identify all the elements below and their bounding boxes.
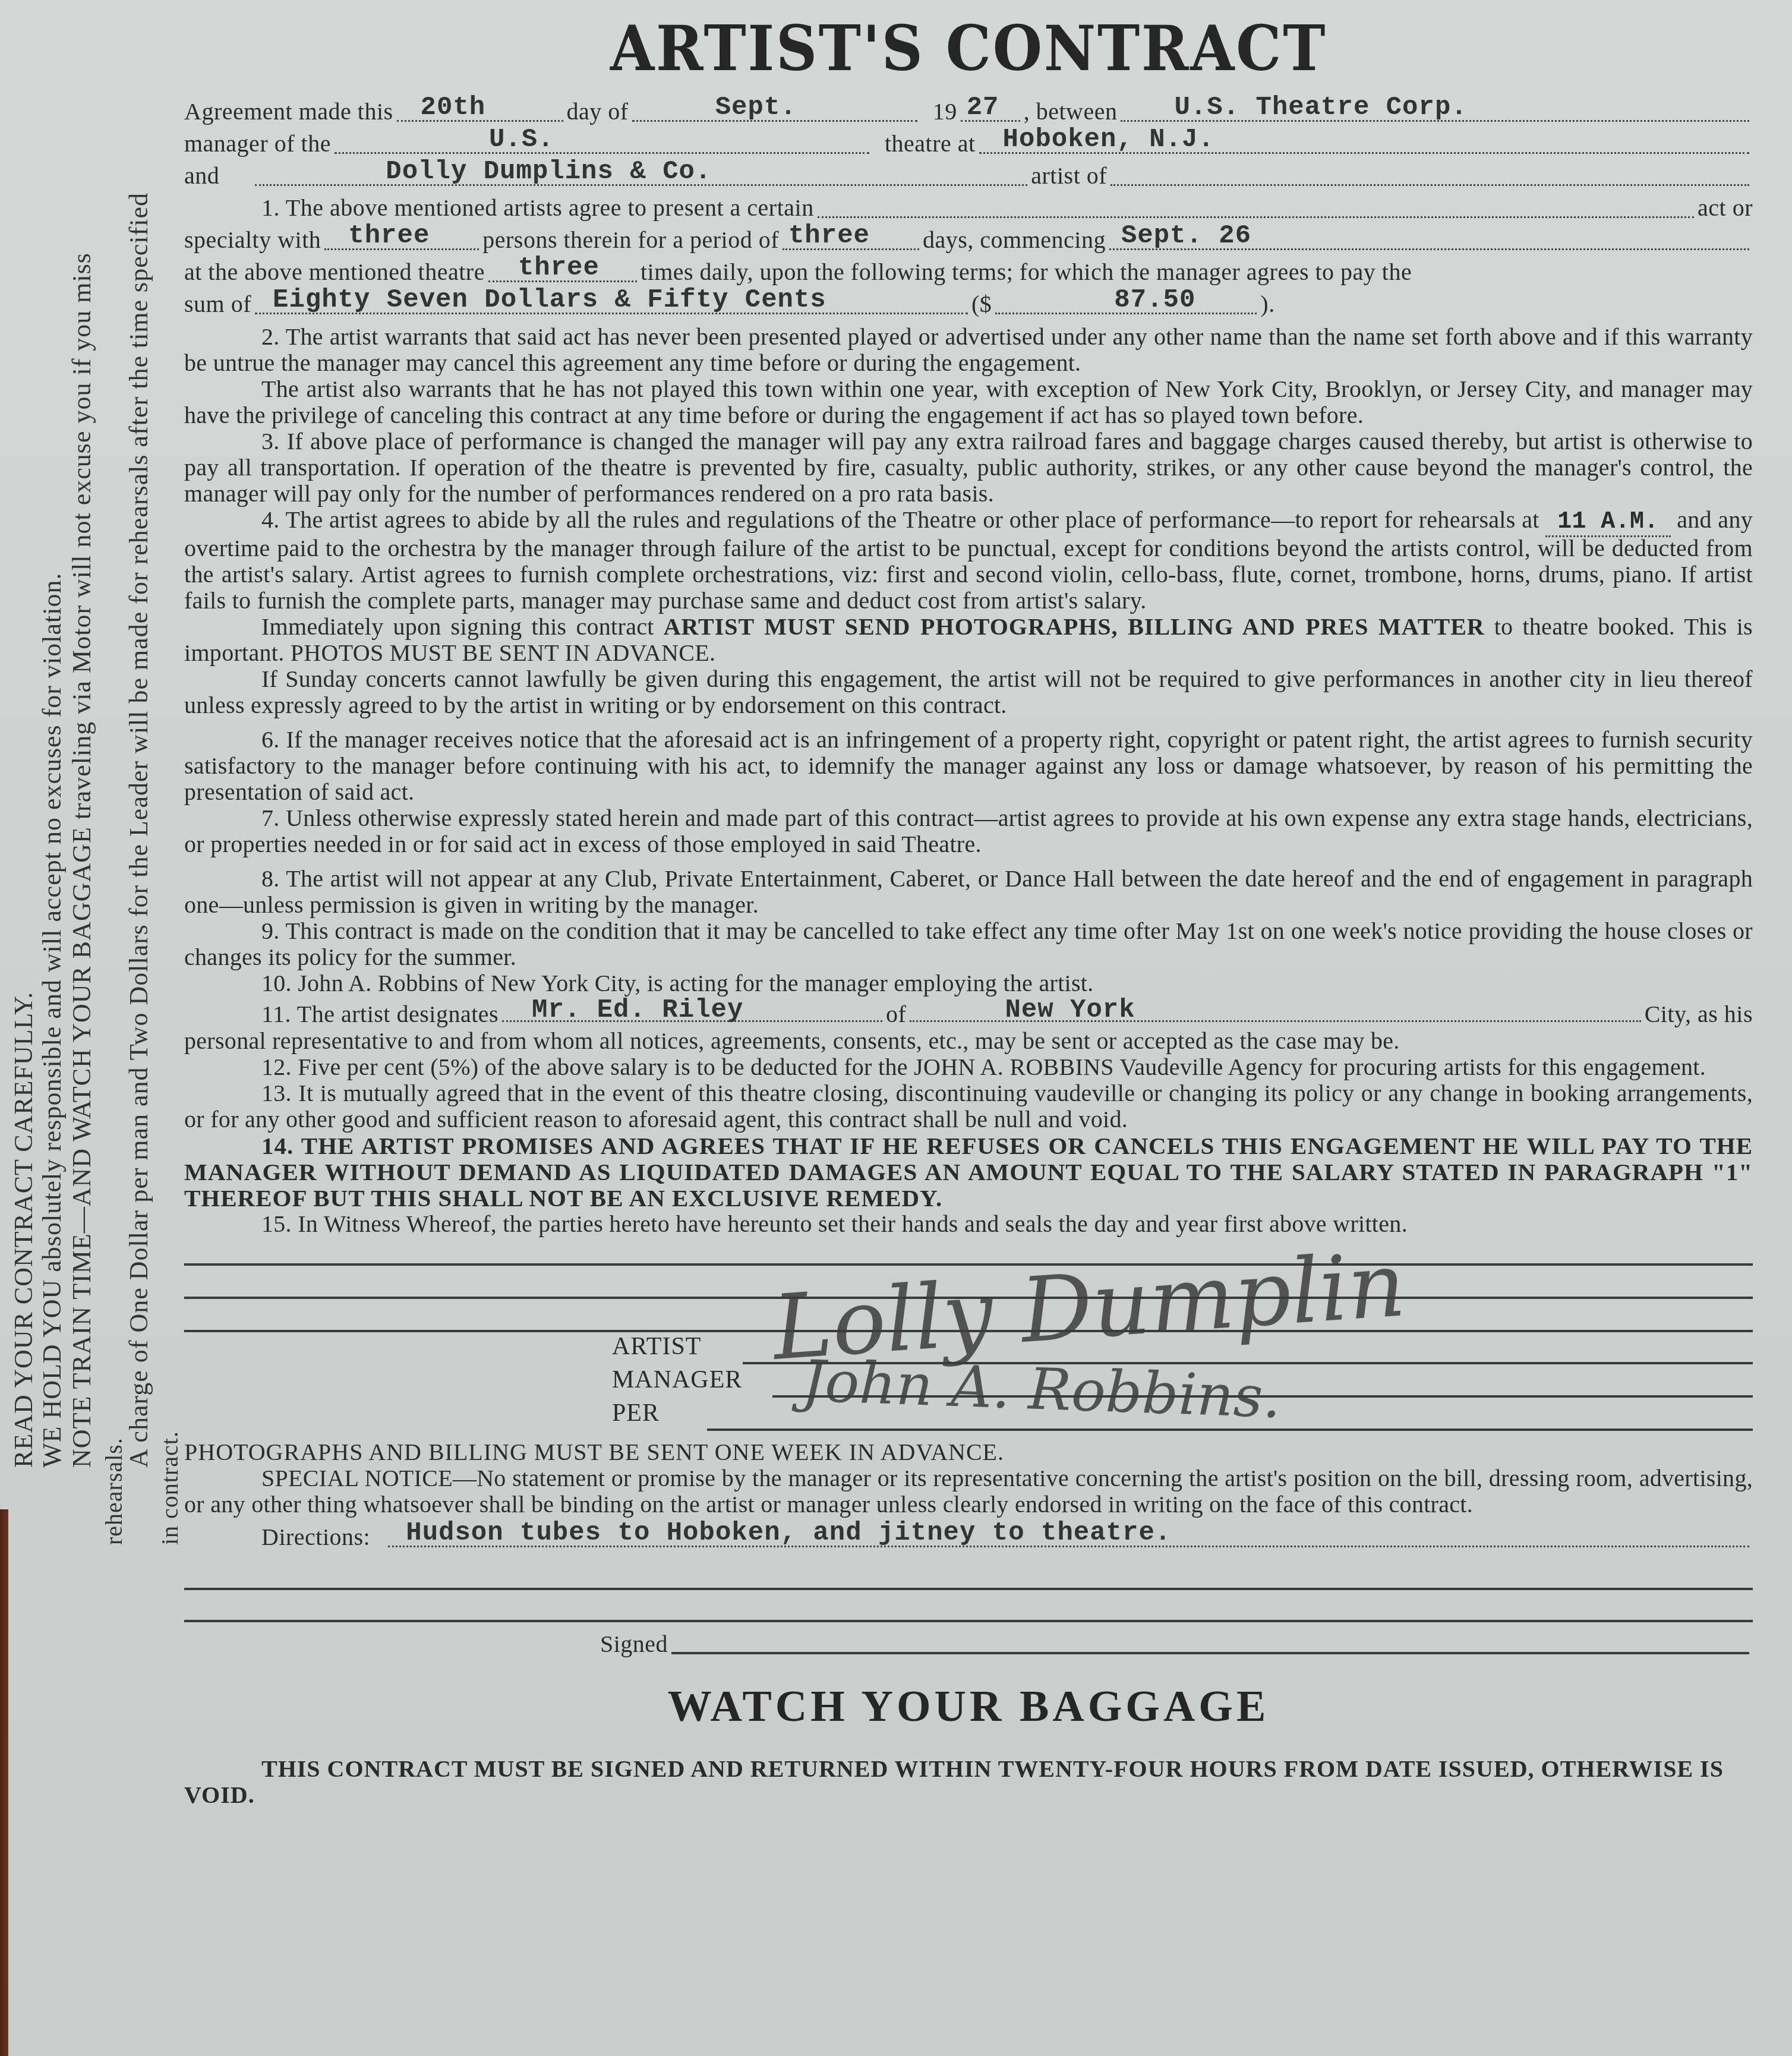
clause-5: If Sunday concerts cannot lawfully be gi… xyxy=(184,666,1753,718)
clause-13: 13. It is mutually agreed that in the ev… xyxy=(184,1080,1753,1133)
times-field[interactable]: three xyxy=(488,257,637,282)
clause-1-row-2: specialty with three persons therein for… xyxy=(184,224,1753,256)
sum-amount-field[interactable]: 87.50 xyxy=(995,289,1257,314)
clause-8: 8. The artist will not appear at any Clu… xyxy=(184,866,1753,918)
photos-notice: PHOTOGRAPHS AND BILLING MUST BE SENT ONE… xyxy=(184,1439,1753,1465)
clause-12: 12. Five per cent (5%) of the above sala… xyxy=(184,1054,1753,1080)
day-field[interactable]: 20th xyxy=(397,96,563,122)
clause-10: 10. John A. Robbins of New York City, is… xyxy=(184,970,1753,997)
clause-9: 9. This contract is made on the conditio… xyxy=(184,918,1753,970)
per-label: PER xyxy=(612,1399,660,1427)
directions-line-2[interactable] xyxy=(184,1553,1753,1590)
artist-of-field[interactable] xyxy=(1110,160,1749,186)
sum-words-field[interactable]: Eighty Seven Dollars & Fifty Cents xyxy=(255,289,968,314)
side-note-charge: A charge of One Dollar per man and Two D… xyxy=(124,193,154,1468)
clause-1-row-4: sum of Eighty Seven Dollars & Fifty Cent… xyxy=(184,288,1753,320)
commencing-field[interactable]: Sept. 26 xyxy=(1109,225,1749,250)
side-note-hold-responsible: WE HOLD YOU absolutely responsible and w… xyxy=(37,573,67,1468)
act-field[interactable] xyxy=(818,193,1694,218)
clause-11-row: 11. The artist designates Mr. Ed. Riley … xyxy=(184,997,1753,1028)
clause-15: 15. In Witness Whereof, the parties here… xyxy=(184,1211,1753,1237)
manager-label: MANAGER xyxy=(612,1366,742,1394)
theatre-name-field[interactable]: U.S. xyxy=(335,128,869,154)
side-note-read-carefully: READ YOUR CONTRACT CAREFULLY. xyxy=(8,992,39,1468)
special-notice: SPECIAL NOTICE—No statement or promise b… xyxy=(184,1465,1753,1518)
side-note-train-time: NOTE TRAIN TIME—AND WATCH YOUR BAGGAGE t… xyxy=(67,253,97,1468)
artist-row: and Dolly Dumplins & Co. artist of xyxy=(184,160,1753,192)
watch-baggage-title: WATCH YOUR BAGGAGE xyxy=(184,1682,1753,1732)
clause-2: 2. The artist warrants that said act has… xyxy=(184,324,1753,376)
table-edge xyxy=(0,1509,8,2056)
signed-field[interactable] xyxy=(671,1628,1749,1654)
manager-row: manager of the U.S. theatre at Hoboken, … xyxy=(184,128,1753,160)
artist-label: ARTIST xyxy=(612,1332,701,1361)
side-note-in-contract: in contract. xyxy=(156,1431,184,1545)
contract-title: ARTIST'S CONTRACT xyxy=(247,12,1690,85)
representative-field[interactable]: Mr. Ed. Riley xyxy=(502,997,882,1022)
between-field[interactable]: U.S. Theatre Corp. xyxy=(1121,96,1749,122)
rehearsal-time-field[interactable]: 11 A.M. xyxy=(1545,509,1670,537)
persons-field[interactable]: three xyxy=(324,225,479,250)
clause-11: personal representative to and from whom… xyxy=(184,1028,1753,1054)
contract-body: ARTIST'S CONTRACT Agreement made this 20… xyxy=(184,12,1753,1832)
month-field[interactable]: Sept. xyxy=(632,96,917,122)
side-notes: READ YOUR CONTRACT CAREFULLY. WE HOLD YO… xyxy=(0,0,178,1545)
clause-2b: The artist also warrants that he has not… xyxy=(184,376,1753,428)
theatre-location-field[interactable]: Hoboken, N.J. xyxy=(979,128,1749,154)
clause-7: 7. Unless otherwise expressly stated her… xyxy=(184,805,1753,857)
clause-14: 14. THE ARTIST PROMISES AND AGREES THAT … xyxy=(184,1133,1753,1211)
clause-6: 6. If the manager receives notice that t… xyxy=(184,727,1753,805)
agreement-row: Agreement made this 20th day of Sept. 19… xyxy=(184,96,1753,128)
return-notice: THIS CONTRACT MUST BE SIGNED AND RETURNE… xyxy=(184,1756,1753,1808)
artist-name-field[interactable]: Dolly Dumplins & Co. xyxy=(255,160,1027,186)
contract-page: READ YOUR CONTRACT CAREFULLY. WE HOLD YO… xyxy=(0,0,1792,2056)
signature-block: ARTIST MANAGER PER Lolly Dumplin John A.… xyxy=(184,1243,1753,1421)
clause-1-row-1: 1. The above mentioned artists agree to … xyxy=(184,192,1753,224)
signed-row: Signed xyxy=(184,1628,1753,1660)
manager-signature: John A. Robbins. xyxy=(801,1348,1282,1431)
directions-row: Directions: Hudson tubes to Hoboken, and… xyxy=(184,1521,1753,1553)
clause-4: 4. The artist agrees to abide by all the… xyxy=(184,507,1753,614)
clause-4-photos: Immediately upon signing this contract A… xyxy=(184,614,1753,666)
days-field[interactable]: three xyxy=(783,225,919,250)
clause-1-row-3: at the above mentioned theatre three tim… xyxy=(184,256,1753,288)
representative-city-field[interactable]: New York xyxy=(910,997,1640,1022)
year-field[interactable]: 27 xyxy=(961,96,1020,122)
clause-3: 3. If above place of performance is chan… xyxy=(184,428,1753,507)
directions-field[interactable]: Hudson tubes to Hoboken, and jitney to t… xyxy=(388,1522,1749,1547)
directions-line-3[interactable] xyxy=(184,1590,1753,1622)
